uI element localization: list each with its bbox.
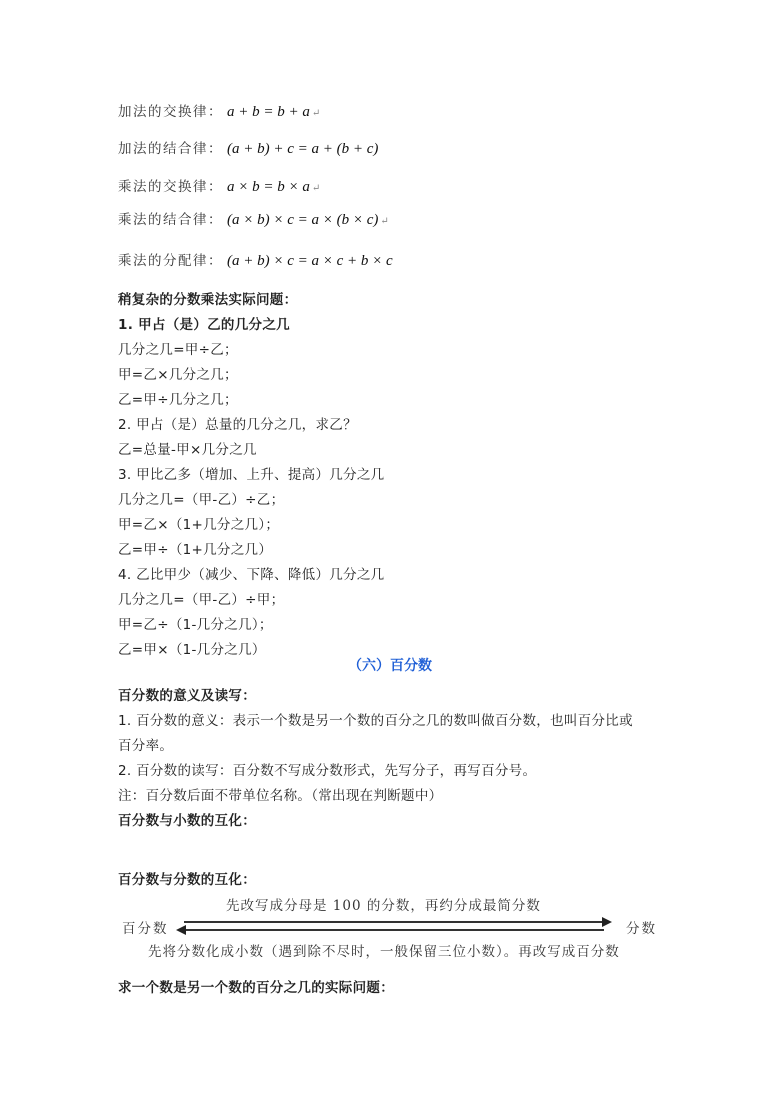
paragraph-mark-icon: ↵ [312,108,320,119]
law-add-commutative: 加法的交换律：a + b = b + a↵ [118,100,320,121]
arrow-left-icon [176,925,186,935]
fraction-line: 甲=乙×（1+几分之几）； [118,513,279,533]
conversion-diagram: 先改写成分母是 100 的分数，再约分成最简分数 百分数 分数 先将分数化成小数… [118,890,678,965]
law-formula: a × b = b × a [227,179,310,195]
arrow-right-line [184,921,604,923]
fraction-line: 乙=总量-甲×几分之几 [118,438,257,458]
percent-reading-line: 2. 百分数的读写：百分数不写成分数形式，先写分子，再写百分号。 [118,759,536,779]
diagram-top-text: 先改写成分母是 100 的分数，再约分成最简分数 [226,894,541,914]
fraction-line: 4. 乙比甲少（减少、下降、降低）几分之几 [118,563,384,583]
percent-note-line: 注：百分数后面不带单位名称。（常出现在判断题中） [118,784,442,804]
fraction-line: 几分之几=甲÷乙； [118,338,238,358]
percent-meaning-title: 百分数的意义及读写： [118,684,256,704]
fraction-line: 甲=乙×几分之几； [118,363,238,383]
law-label: 加法的交换律： [118,104,223,120]
fraction-line: 几分之几=（甲-乙）÷甲； [118,588,284,608]
chapter-heading-percent: （六）百分数 [0,655,780,675]
law-formula: a + b = b + a [227,104,310,120]
law-formula: (a + b) + c = a + (b + c) [227,141,378,157]
law-distributive: 乘法的分配律：(a + b) × c = a × c + b × c [118,249,393,270]
paragraph-mark-icon: ↵ [312,183,320,194]
fraction-line: 几分之几=（甲-乙）÷乙； [118,488,284,508]
arrow-right-icon [602,917,612,927]
fraction-line: 乙=甲÷几分之几； [118,388,238,408]
fraction-line: 甲=乙÷（1-几分之几）； [118,613,273,633]
law-formula: (a × b) × c = a × (b × c) [227,212,378,228]
law-mul-commutative: 乘法的交换律：a × b = b × a↵ [118,175,320,196]
law-label: 乘法的交换律： [118,179,223,195]
diagram-right-label: 分数 [626,917,657,937]
percent-practical-title: 求一个数是另一个数的百分之几的实际问题： [118,976,394,996]
paragraph-mark-icon: ↵ [380,216,388,227]
law-label: 乘法的分配律： [118,253,223,269]
fraction-line: 2. 甲占（是）总量的几分之几，求乙？ [118,413,357,433]
diagram-left-label: 百分数 [122,917,169,937]
fraction-line: 3. 甲比乙多（增加、上升、提高）几分之几 [118,463,384,483]
law-label: 乘法的结合律： [118,212,223,228]
arrow-left-line [184,929,604,931]
law-add-associative: 加法的结合律：(a + b) + c = a + (b + c) [118,137,378,158]
fraction-line: 乙=甲÷（1+几分之几） [118,538,272,558]
fraction-line: 1. 甲占（是）乙的几分之几 [118,313,290,333]
law-label: 加法的结合律： [118,141,223,157]
percent-meaning-line: 1. 百分数的意义：表示一个数是另一个数的百分之几的数叫做百分数，也叫百分比或 [118,709,633,729]
percent-meaning-line: 百分率。 [118,734,173,754]
diagram-bottom-text: 先将分数化成小数（遇到除不尽时，一般保留三位小数）。再改写成百分数 [148,940,620,960]
law-mul-associative: 乘法的结合律：(a × b) × c = a × (b × c)↵ [118,208,389,229]
section-title-fraction-problems: 稍复杂的分数乘法实际问题： [118,288,297,308]
percent-fraction-title: 百分数与分数的互化： [118,868,256,888]
percent-decimal-title: 百分数与小数的互化： [118,809,256,829]
law-formula: (a + b) × c = a × c + b × c [227,253,393,269]
